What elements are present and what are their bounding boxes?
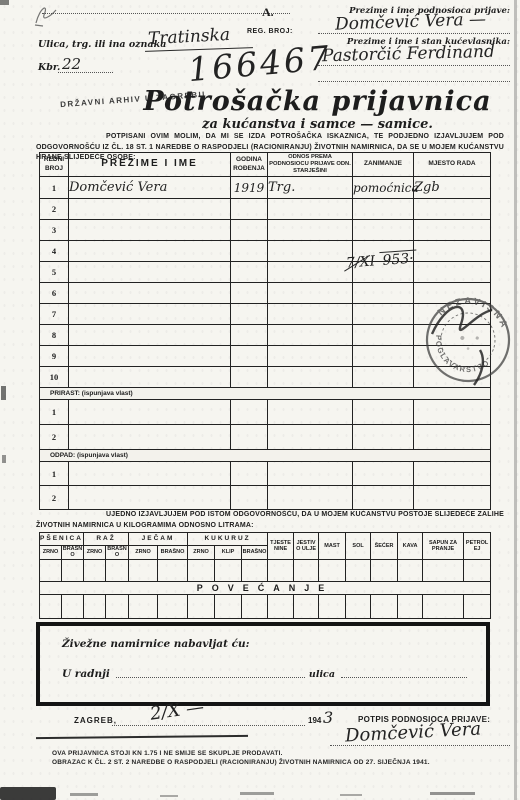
cell [231,283,268,304]
col-header-kava: KAVA [398,533,423,560]
scan-smudge [240,792,274,795]
dotted-line [116,677,305,678]
cell [414,425,491,450]
scan-edge [514,0,517,800]
cell [106,594,129,618]
table-row: 2 [40,199,491,220]
cell [371,594,398,618]
col-group-kukuruz: KUKURUZ [188,533,268,546]
cell-num: 1 [40,462,69,486]
stamp-arc-bottom-text: POGLAVARSTVO [425,332,496,382]
cell [268,199,353,220]
cell [353,425,414,450]
cell-num: 4 [40,241,69,262]
cell-num: 6 [40,283,69,304]
cell [268,462,353,486]
cell [353,400,414,425]
supplies-group-header-row: PŠENICA RAŽ JEČAM KUKURUZ TJESTENINE JES… [40,533,491,546]
reg-broj-label: REG. BROJ: [247,28,293,35]
dotted-line [330,745,510,746]
annotation-date: 7/XI [346,253,376,271]
purchase-box: Živežne namirnice nabavljat ću: U radnji… [36,622,490,706]
cell [353,325,414,346]
cell [353,304,414,325]
year-printed: 194 [308,716,321,725]
cell [423,594,464,618]
cell [414,199,491,220]
cell [346,559,371,581]
cell [268,346,353,367]
cell [371,559,398,581]
cell [414,462,491,486]
cell [40,559,62,581]
applicant-handwritten: Domčević Vera — [335,9,487,34]
cell [414,241,491,262]
kbr-label: Kbr. [38,62,60,73]
cell [158,594,188,618]
cell [215,559,242,581]
cell [353,486,414,510]
street-handwritten: Tratinska [148,25,231,49]
col-header-tjestenine: TJESTENINE [268,533,294,560]
col-header-occupation: ZANIMANJE [353,153,414,177]
cell [268,241,353,262]
cell [242,559,268,581]
cell-num: 1 [40,400,69,425]
cell [69,346,231,367]
sub-header: BRAŠNO [62,546,84,560]
cell-year: 1919 [231,177,268,199]
cell [158,559,188,581]
cell [353,199,414,220]
cell [353,283,414,304]
cell [464,559,491,581]
form-title: Potrošačka prijavnica [130,86,505,117]
sub-header: ZRNO [129,546,158,560]
cell [84,559,106,581]
cell [294,559,319,581]
purchase-line: U radnji ulica [62,668,467,680]
purchase-heading: Živežne namirnice nabavljat ću: [62,638,249,650]
col-header-year: GODINA ROĐENJA [231,153,268,177]
cell-workplace: Zgb [414,177,491,199]
street-label: Ulica, trg. ili ina oznaka [38,39,166,50]
scanned-form-page: A. REG. BROJ: 166467 Prezime i ime podno… [0,0,520,800]
cell [231,486,268,510]
cell [69,220,231,241]
table-row: 1 [40,400,491,425]
sub-header: BRAŠNO [158,546,188,560]
cell [231,462,268,486]
cell [268,400,353,425]
cell [319,594,346,618]
dotted-line [112,725,305,726]
cell [231,346,268,367]
cell [268,262,353,283]
col-header-name: PREZIME I IME [69,153,231,177]
cell [319,559,346,581]
cell [268,367,353,388]
cell [231,304,268,325]
col-header-workplace: MJESTO RADA [414,153,491,177]
sub-header: ZRNO [84,546,106,560]
cell [231,199,268,220]
sub-header: BRAŠNO [242,546,268,560]
cell [268,594,294,618]
cell [398,594,423,618]
cell [268,486,353,510]
cell [231,400,268,425]
col-header-mast: MAST [319,533,346,560]
cell [268,304,353,325]
sub-header: BRAŠNO [106,546,129,560]
cell [188,594,215,618]
cell [69,462,231,486]
supplies-intro: UJEDNO IZJAVLJUJEM POD ISTOM ODGOVORNOŠĆ… [36,510,504,531]
dotted-line [318,81,510,82]
scan-smudge [0,0,9,5]
scan-smudge [70,793,98,796]
scan-smudge [1,386,6,400]
cell-num: 2 [40,425,69,450]
cell [414,400,491,425]
cell-num: 9 [40,346,69,367]
dotted-line [318,65,510,66]
supplies-value-row [40,559,491,581]
cell [231,262,268,283]
cell [62,559,84,581]
cell [69,400,231,425]
cell-num: 5 [40,262,69,283]
cell [231,325,268,346]
cell [62,594,84,618]
fineprint-regulation: OBRAZAC K ČL. 2 ST. 2 NAREDBE O RASPODJE… [52,759,430,766]
odpad-band: ODPAD: (ispunjava vlast) [40,450,491,462]
cell [242,594,268,618]
shop-label: U radnji [62,668,110,680]
col-group-raz: RAŽ [84,533,129,546]
scan-smudge [340,794,362,796]
cell [268,325,353,346]
table-row: 3 [40,220,491,241]
scan-smudge [430,792,475,795]
cell [268,283,353,304]
dotted-line [318,33,510,34]
form-subtitle: za kućanstva i samce — samice. [130,117,505,132]
pencil-scribble [30,1,64,29]
col-header-jestivo-ulje: JESTIVO ULJE [294,533,319,560]
table-row: 2 [40,425,491,450]
cell [398,559,423,581]
footer-rule [36,735,248,739]
col-header-secer: ŠEĆER [371,533,398,560]
cell [231,241,268,262]
table-row: 4 [40,241,491,262]
cell [69,304,231,325]
cell [215,594,242,618]
table-row: 2 [40,486,491,510]
cell [188,559,215,581]
povecanje-band: POVEĆANJE [40,581,491,594]
cell [268,559,294,581]
cell [69,425,231,450]
cell [69,283,231,304]
cell [464,594,491,618]
fineprint-price: OVA PRIJAVNICA STOJI KN 1.75 I NE SMIJE … [52,750,283,757]
col-group-jecam: JEČAM [129,533,188,546]
col-header-num: REDNI BROJ [40,153,69,177]
col-header-sol: SOL [346,533,371,560]
scan-smudge [0,787,56,800]
col-header-petrolej: PETROLEJ [464,533,491,560]
col-header-sapun: SAPUN ZA PRANJE [423,533,464,560]
cell [40,594,62,618]
scan-smudge [160,795,178,797]
dotted-line [341,677,467,678]
cell-num: 7 [40,304,69,325]
cell [414,262,491,283]
city-label: ZAGREB, [74,716,117,725]
supplies-value-row [40,594,491,618]
cell-num: 10 [40,367,69,388]
cell [69,262,231,283]
cell [69,325,231,346]
header-dotted-rule [42,13,290,14]
odpad-label: ODPAD: (ispunjava vlast) [40,450,491,462]
cell [268,425,353,450]
cell-num: 8 [40,325,69,346]
cell [353,346,414,367]
table-row: 1 [40,462,491,486]
scan-smudge [2,455,6,463]
sub-header: ZRNO [188,546,215,560]
section-letter: A. [262,5,274,20]
cell [414,220,491,241]
year-handwritten: 3 [323,708,333,727]
persons-header-row: REDNI BROJ PREZIME I IME GODINA ROĐENJA … [40,153,491,177]
kbr-handwritten: 22 [62,55,81,73]
cell [231,367,268,388]
ulica-label: ulica [309,669,335,680]
sub-header: KLIP [215,546,242,560]
cell-name: Domčević Vera [69,177,231,199]
cell [84,594,106,618]
cell [231,220,268,241]
table-row: 5 [40,262,491,283]
cell-num: 2 [40,486,69,510]
dotted-line [58,72,113,73]
cell [231,425,268,450]
cell-num: 2 [40,199,69,220]
cell [268,220,353,241]
cell [69,199,231,220]
sub-header: ZRNO [40,546,62,560]
col-group-psenica: PŠENICA [40,533,84,546]
povecanje-label: POVEĆANJE [40,581,491,594]
cell [69,241,231,262]
table-row: 1 Domčević Vera 1919 Trg. pomoćnica Zgb [40,177,491,199]
cell [353,462,414,486]
cell [106,559,129,581]
cell [129,559,158,581]
col-header-relation: ODNOS PREMA PODNOSIOCU PRIJAVE ODN. STAR… [268,153,353,177]
landlord-handwritten: Pastorčić Ferdinand [322,42,495,67]
cell [353,220,414,241]
annotation-number: 953· [379,250,417,270]
cell [346,594,371,618]
svg-text:POGLAVARSTVO: POGLAVARSTVO [425,332,496,382]
cell-occupation: pomoćnica [353,177,414,199]
cell-relation: Trg. [268,177,353,199]
cell [69,486,231,510]
cell-num: 1 [40,177,69,199]
cell [294,594,319,618]
cell [353,367,414,388]
cell [69,367,231,388]
cell [423,559,464,581]
cell [129,594,158,618]
supplies-table: PŠENICA RAŽ JEČAM KUKURUZ TJESTENINE JES… [39,532,491,619]
official-round-stamp: NEZAVISNA POGLAVARSTVO [416,288,520,392]
cell-num: 3 [40,220,69,241]
cell [414,486,491,510]
